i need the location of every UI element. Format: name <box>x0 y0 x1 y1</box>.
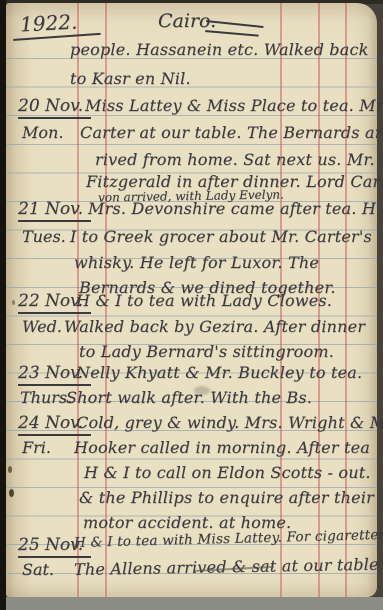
entry-line: Short walk after. With the Bs. <box>66 388 312 407</box>
entry-line: H & I to call on Eldon Scotts - out. <box>84 463 371 482</box>
entry-line: Walked back by Gezira. After dinner <box>64 317 365 336</box>
day-label: Mon. <box>22 123 63 142</box>
entry-line: I to Greek grocer about Mr. Carter's <box>70 227 372 246</box>
diary-scan: 1922. Cairo. people. Hassanein etc. Walk… <box>0 0 383 610</box>
margin-line-right-3 <box>345 3 347 597</box>
day-label: Thurs. <box>20 388 72 407</box>
binding-speck <box>9 489 14 497</box>
entry-line: to Kasr en Nil. <box>70 69 191 88</box>
year-label: 1922. <box>19 10 77 37</box>
entry-line: Nelly Khyatt & Mr. Buckley to tea. <box>76 363 362 382</box>
date-label: 20 Nov. <box>18 96 91 119</box>
title-flourish-2 <box>205 30 259 36</box>
binding-speck <box>12 300 15 305</box>
entry-line: Carter at our table. The Bernards ar- <box>80 123 383 142</box>
entry-line: H & I to tea with Lady Clowes. <box>76 291 332 310</box>
entry-line: Hooker called in morning. After tea <box>74 438 370 457</box>
date-label: 21 Nov. <box>18 199 91 222</box>
entry-line: & the Phillips to enquire after their <box>79 488 374 507</box>
entry-line: Miss Lattey & Miss Place to tea. Mr. <box>85 96 383 115</box>
day-label: Wed. <box>22 317 62 336</box>
entry-line: whisky. He left for Luxor. The <box>74 253 319 272</box>
desk-surface-bottom <box>0 597 383 610</box>
binding-speck <box>8 466 12 473</box>
entry-line: rived from home. Sat next us. Mr. <box>95 150 375 169</box>
ink-smudge <box>194 386 210 395</box>
entry-line: The Allens arrived & sat at our table <box>74 555 379 579</box>
day-label: Tues. <box>22 227 66 246</box>
entry-line: people. Hassanein etc. Walked back <box>70 40 369 59</box>
diary-page: 1922. Cairo. people. Hassanein etc. Walk… <box>6 3 377 597</box>
entry-line: Mrs. Devonshire came after tea. H & <box>88 199 383 218</box>
entry-line: to Lady Bernard's sittingroom. <box>79 342 334 361</box>
day-label: Sat. <box>22 560 54 579</box>
day-label: Fri. <box>22 438 51 457</box>
entry-line: Cold, grey & windy. Mrs. Wright & Mrs. <box>76 413 383 432</box>
